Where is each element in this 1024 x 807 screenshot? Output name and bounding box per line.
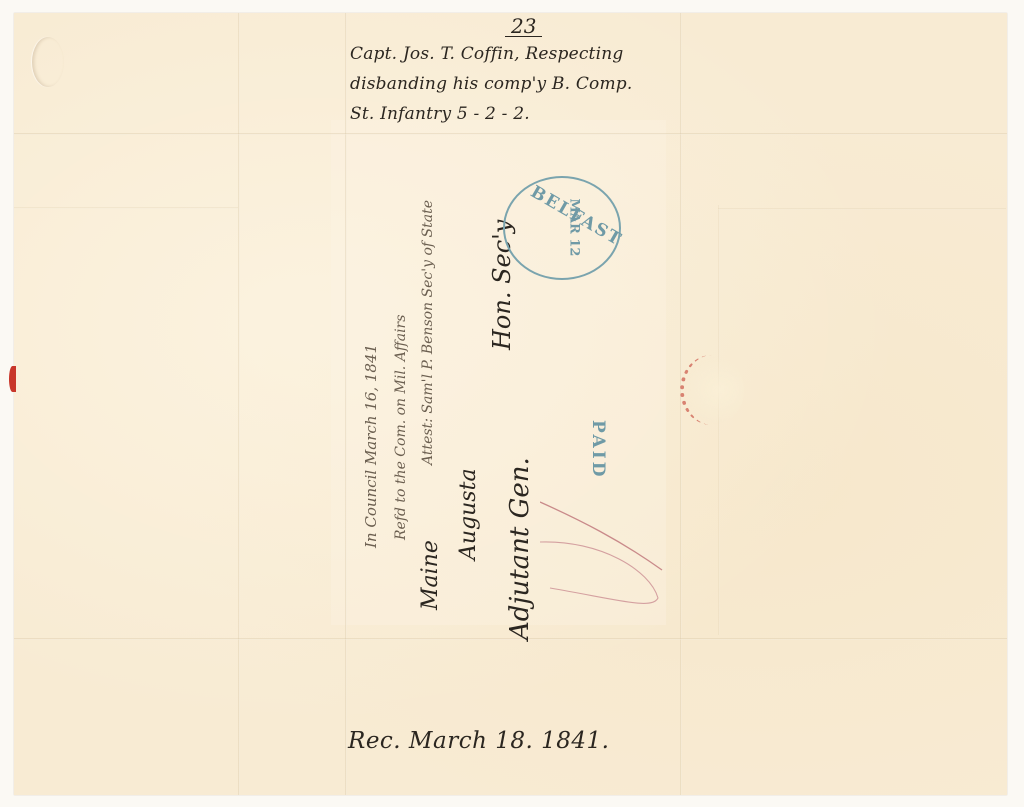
- docket-line-3: St. Infantry 5 - 2 - 2.: [350, 104, 530, 124]
- fold-line-horizontal: [14, 207, 238, 209]
- wax-seal-left: [9, 366, 16, 392]
- postmark-stamp: BELFAST MAR 12: [503, 176, 621, 280]
- endorsement-line-2: Refd to the Com. on Mil. Affairs: [393, 315, 409, 540]
- endorsement-line-3: Attest: Sam'l P. Benson Sec'y of State: [420, 200, 436, 465]
- fold-line-horizontal: [718, 208, 1006, 210]
- fold-line-vertical: [345, 13, 347, 795]
- address-line-2: Adjutant Gen.: [505, 457, 535, 640]
- paid-stamp: PAID: [588, 420, 608, 479]
- endorsement-line-1: In Council March 16, 1841: [362, 344, 380, 548]
- embossed-mark: [32, 37, 64, 87]
- red-pencil-mark: [540, 480, 670, 620]
- wax-seal-right: [680, 355, 744, 425]
- postmark-date: MAR 12: [566, 199, 581, 257]
- received-date: Rec. March 18. 1841.: [348, 728, 609, 754]
- docket-line-2: disbanding his comp'y B. Comp.: [350, 74, 632, 94]
- address-line-4: Maine: [418, 540, 443, 610]
- document-number: 23: [505, 16, 542, 37]
- docket-line-1: Capt. Jos. T. Coffin, Respecting: [350, 44, 623, 64]
- fold-line-vertical: [238, 13, 240, 795]
- address-line-3: Augusta: [456, 468, 481, 560]
- fold-line-horizontal: [14, 133, 1007, 135]
